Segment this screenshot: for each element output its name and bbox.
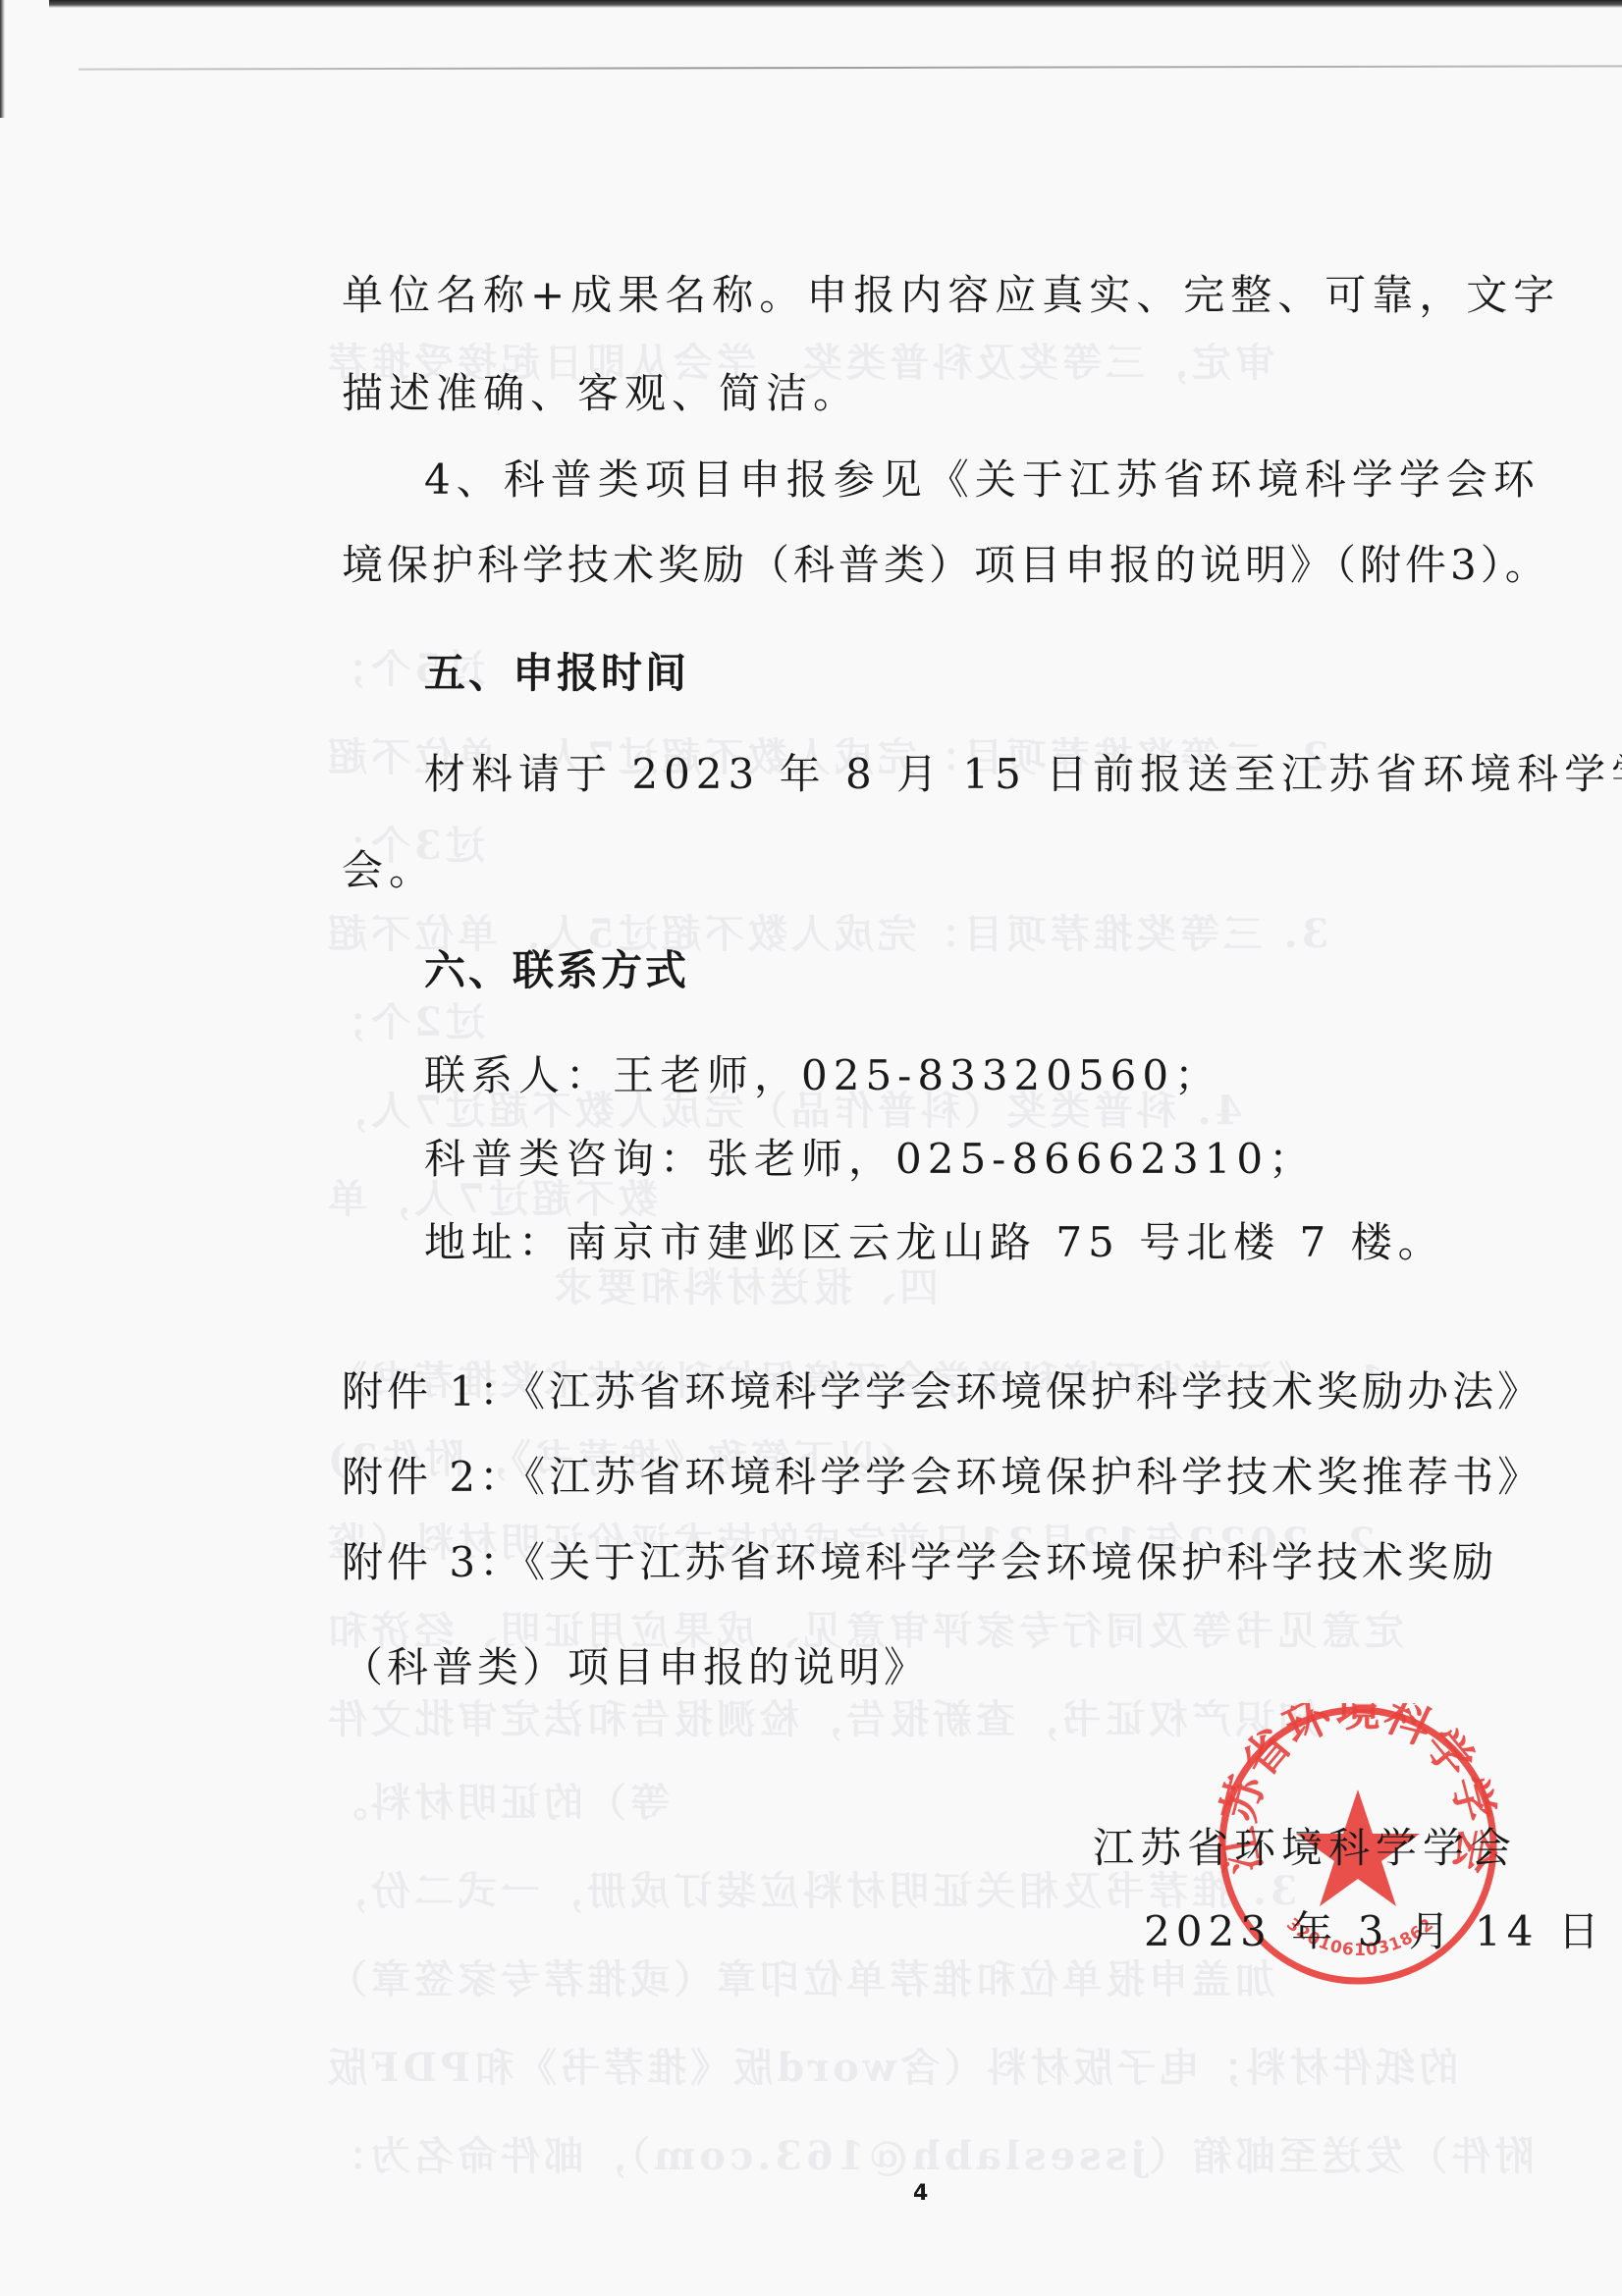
- scan-edge-top: [49, 0, 1622, 8]
- bleed-line: 知识产权证书，查新报告，检测报告和法定审批文件: [324, 1688, 1318, 1744]
- paragraph-line: 单位名称+成果名称。申报内容应真实、完整、可靠，文字: [342, 275, 1560, 316]
- attachment-item: 附件 3：《关于江苏省环境科学学会环境保护科学技术奖励: [342, 1542, 1497, 1583]
- paragraph-line: 4、科普类项目申报参见《关于江苏省环境科学学会环: [424, 459, 1541, 501]
- address: 地址：南京市建邺区云龙山路 75 号北楼 7 楼。: [424, 1222, 1445, 1263]
- paragraph-line: 描述准确、客观、简洁。: [342, 373, 860, 414]
- bleed-line: 加盖申报单位和推荐单位印章（或推荐专家签章）: [324, 1949, 1274, 2004]
- paragraph-line: 会。: [342, 850, 436, 891]
- attachment-item: （科普类）项目申报的说明》: [342, 1647, 929, 1688]
- bleed-line: 的纸件材料；电子版材料（含word版《推荐书》和PDF版: [324, 2037, 1458, 2093]
- attachment-item: 附件 1：《江苏省环境科学学会环境保护科学技术奖励办法》: [342, 1371, 1542, 1413]
- paragraph-line: 境保护科学技术奖励（科普类）项目申报的说明》（附件3）。: [342, 545, 1550, 586]
- scan-edge-left: [0, 0, 5, 118]
- consult-contact: 科普类咨询：张老师，025-86662310；: [424, 1139, 1316, 1180]
- bleed-line: 过2个；: [324, 991, 485, 1047]
- bleed-line: 附件）发送至邮箱（jsseslabh@163.com），邮件命名为：: [324, 2125, 1534, 2181]
- section-heading-contact: 六、联系方式: [424, 950, 689, 991]
- contact-person: 联系人：王老师，025-83320560；: [424, 1055, 1221, 1096]
- scan-page-line: [79, 65, 1622, 70]
- signature-date: 2023 年 3 月 14 日: [1144, 1899, 1605, 1958]
- section-heading-application-time: 五、申报时间: [424, 653, 689, 694]
- signature-organization: 江苏省环境科学学会: [1093, 1816, 1517, 1875]
- page-number: 4: [913, 2181, 928, 2206]
- bleed-line: 等）的证明材料。: [324, 1772, 670, 1828]
- attachment-item: 附件 2：《江苏省环境科学学会环境保护科学技术奖推荐书》: [342, 1457, 1542, 1498]
- paragraph-line: 材料请于 2023 年 8 月 15 日前报送至江苏省环境科学学: [424, 754, 1622, 795]
